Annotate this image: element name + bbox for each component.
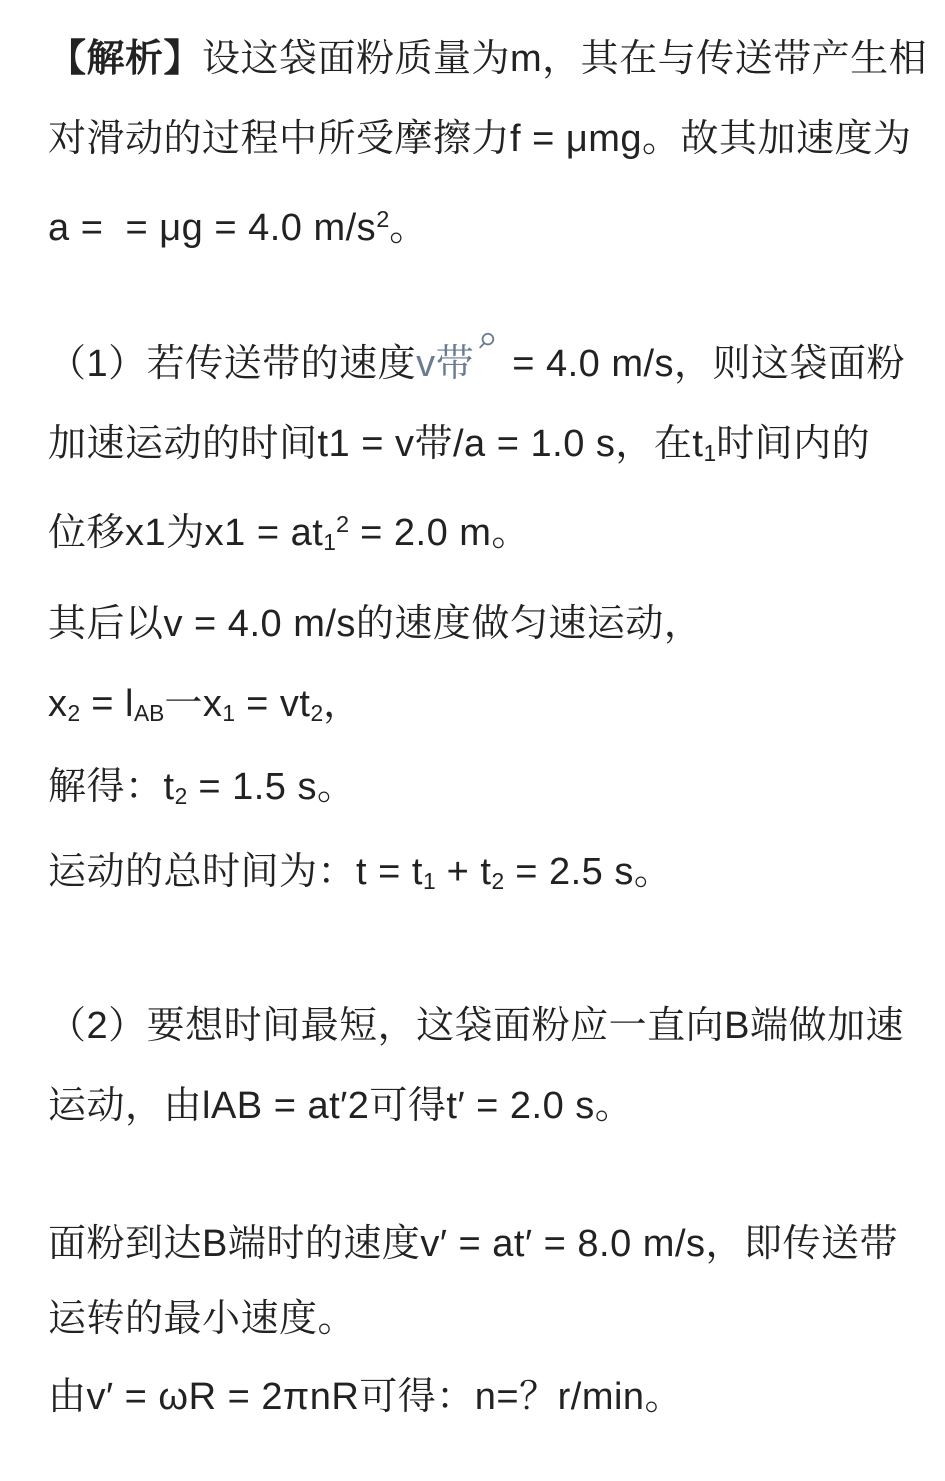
text-run: （1）若传送带的速度	[48, 343, 416, 385]
text-run: 1	[703, 440, 716, 466]
text-run: 其后以v = 4.0 m/s的速度做匀速运动，	[48, 603, 702, 645]
paragraph-part2-shortest-time: （2）要想时间最短，这袋面粉应一直向B端做加速运动，由lAB = at′2可得t…	[48, 986, 907, 1146]
paragraph-total-time: 运动的总时间为：t = t1 + t2 = 2.5 s。	[48, 832, 907, 912]
text-run: 2	[376, 206, 389, 232]
text-run: 运转的最小速度。	[48, 1298, 356, 1340]
text-run: 2	[310, 700, 323, 726]
text-line: 加速运动的时间t1 = v带/a = 1.0 s，在t1时间内的	[48, 404, 907, 484]
solution-document: 【解析】设这袋面粉质量为m，其在与传送带产生相对滑动的过程中所受摩擦力f = μ…	[0, 0, 945, 1481]
paragraph-rotation-speed: 由v′ = ωR = 2πnR可得：n=？r/min。	[48, 1357, 907, 1437]
text-run: 设这袋面粉质量为m，其在与传送带产生相	[202, 38, 927, 80]
text-run: t = t	[356, 851, 423, 893]
text-run: 1	[423, 868, 436, 894]
text-run: 解得：	[48, 766, 164, 808]
text-line: 对滑动的过程中所受摩擦力f = μmg。故其加速度为	[48, 99, 907, 179]
paragraph-analysis-setup: 【解析】设这袋面粉质量为m，其在与传送带产生相对滑动的过程中所受摩擦力f = μ…	[48, 19, 907, 259]
paragraph-min-speed: 面粉到达B端时的速度v′ = at′ = 8.0 m/s，即传送带运转的最小速度…	[48, 1207, 907, 1357]
text-line: 其后以v = 4.0 m/s的速度做匀速运动，	[48, 584, 907, 664]
text-line: 【解析】设这袋面粉质量为m，其在与传送带产生相	[48, 19, 907, 99]
text-run: + t	[436, 851, 492, 893]
text-run: = 1.5 s。	[187, 766, 355, 808]
search-icon[interactable]	[476, 331, 497, 352]
text-run: = 2.5 s。	[504, 851, 672, 893]
text-run: = vt	[235, 683, 310, 725]
text-run: 一x	[164, 683, 222, 725]
text-run: = 4.0 m/s，则这袋面粉	[501, 343, 905, 385]
text-run: a = = μg = 4.0 m/s	[48, 207, 376, 249]
text-run: = 2.0 m。	[349, 512, 530, 554]
text-run: 1	[222, 700, 235, 726]
text-run: 面粉到达B端时的速度v′ = at′ = 8.0 m/s，即传送带	[48, 1223, 898, 1265]
text-run: 2	[68, 700, 81, 726]
text-line: 位移x1为x1 = at12 = 2.0 m。	[48, 484, 907, 564]
text-line: （1）若传送带的速度v带 = 4.0 m/s，则这袋面粉	[48, 324, 907, 404]
term-link[interactable]: v带	[416, 343, 474, 385]
text-run: 运动，由lAB = at′2可得t′ = 2.0 s。	[48, 1085, 633, 1127]
paragraph-solve-t2: 解得：t2 = 1.5 s。	[48, 747, 907, 827]
paragraph-uniform-motion: 其后以v = 4.0 m/s的速度做匀速运动，	[48, 584, 907, 664]
text-run: 加速运动的时间t1 = v带/a = 1.0 s，在t	[48, 423, 703, 465]
text-run: 运动的总时间为：	[48, 851, 356, 893]
text-run: 【解析】	[48, 38, 202, 80]
text-run: 位移x1为x1 = at	[48, 512, 323, 554]
text-run: 1	[323, 529, 336, 555]
text-run: ，	[323, 683, 362, 725]
text-run: 2	[492, 868, 505, 894]
text-line: 面粉到达B端时的速度v′ = at′ = 8.0 m/s，即传送带	[48, 1207, 907, 1282]
text-run: （2）要想时间最短，这袋面粉应一直向B端做加速	[48, 1005, 904, 1047]
text-run: x	[48, 683, 68, 725]
text-line: 由v′ = ωR = 2πnR可得：n=？r/min。	[48, 1357, 907, 1437]
text-run: 对滑动的过程中所受摩擦力f = μmg。故其加速度为	[48, 118, 912, 160]
text-line: 解得：t2 = 1.5 s。	[48, 747, 907, 827]
text-run: 。	[389, 207, 428, 249]
text-line: a = = μg = 4.0 m/s2。	[48, 179, 907, 259]
text-run: t	[164, 766, 175, 808]
text-run: AB	[134, 700, 164, 726]
text-run: 2	[336, 511, 349, 537]
text-line: （2）要想时间最短，这袋面粉应一直向B端做加速	[48, 986, 907, 1066]
text-run: 由v′ = ωR = 2πnR可得：n=？r/min。	[48, 1376, 683, 1418]
text-run: 2	[175, 783, 188, 809]
text-line: 运转的最小速度。	[48, 1282, 907, 1357]
text-run: 时间内的	[716, 423, 870, 465]
text-line: 运动，由lAB = at′2可得t′ = 2.0 s。	[48, 1066, 907, 1146]
paragraph-displacement-equation: x2 = lAB一x1 = vt2，	[48, 664, 907, 744]
paragraph-part1-acceleration: （1）若传送带的速度v带 = 4.0 m/s，则这袋面粉加速运动的时间t1 = …	[48, 324, 907, 564]
text-run: = l	[80, 683, 134, 725]
text-line: 运动的总时间为：t = t1 + t2 = 2.5 s。	[48, 832, 907, 912]
text-line: x2 = lAB一x1 = vt2，	[48, 664, 907, 744]
